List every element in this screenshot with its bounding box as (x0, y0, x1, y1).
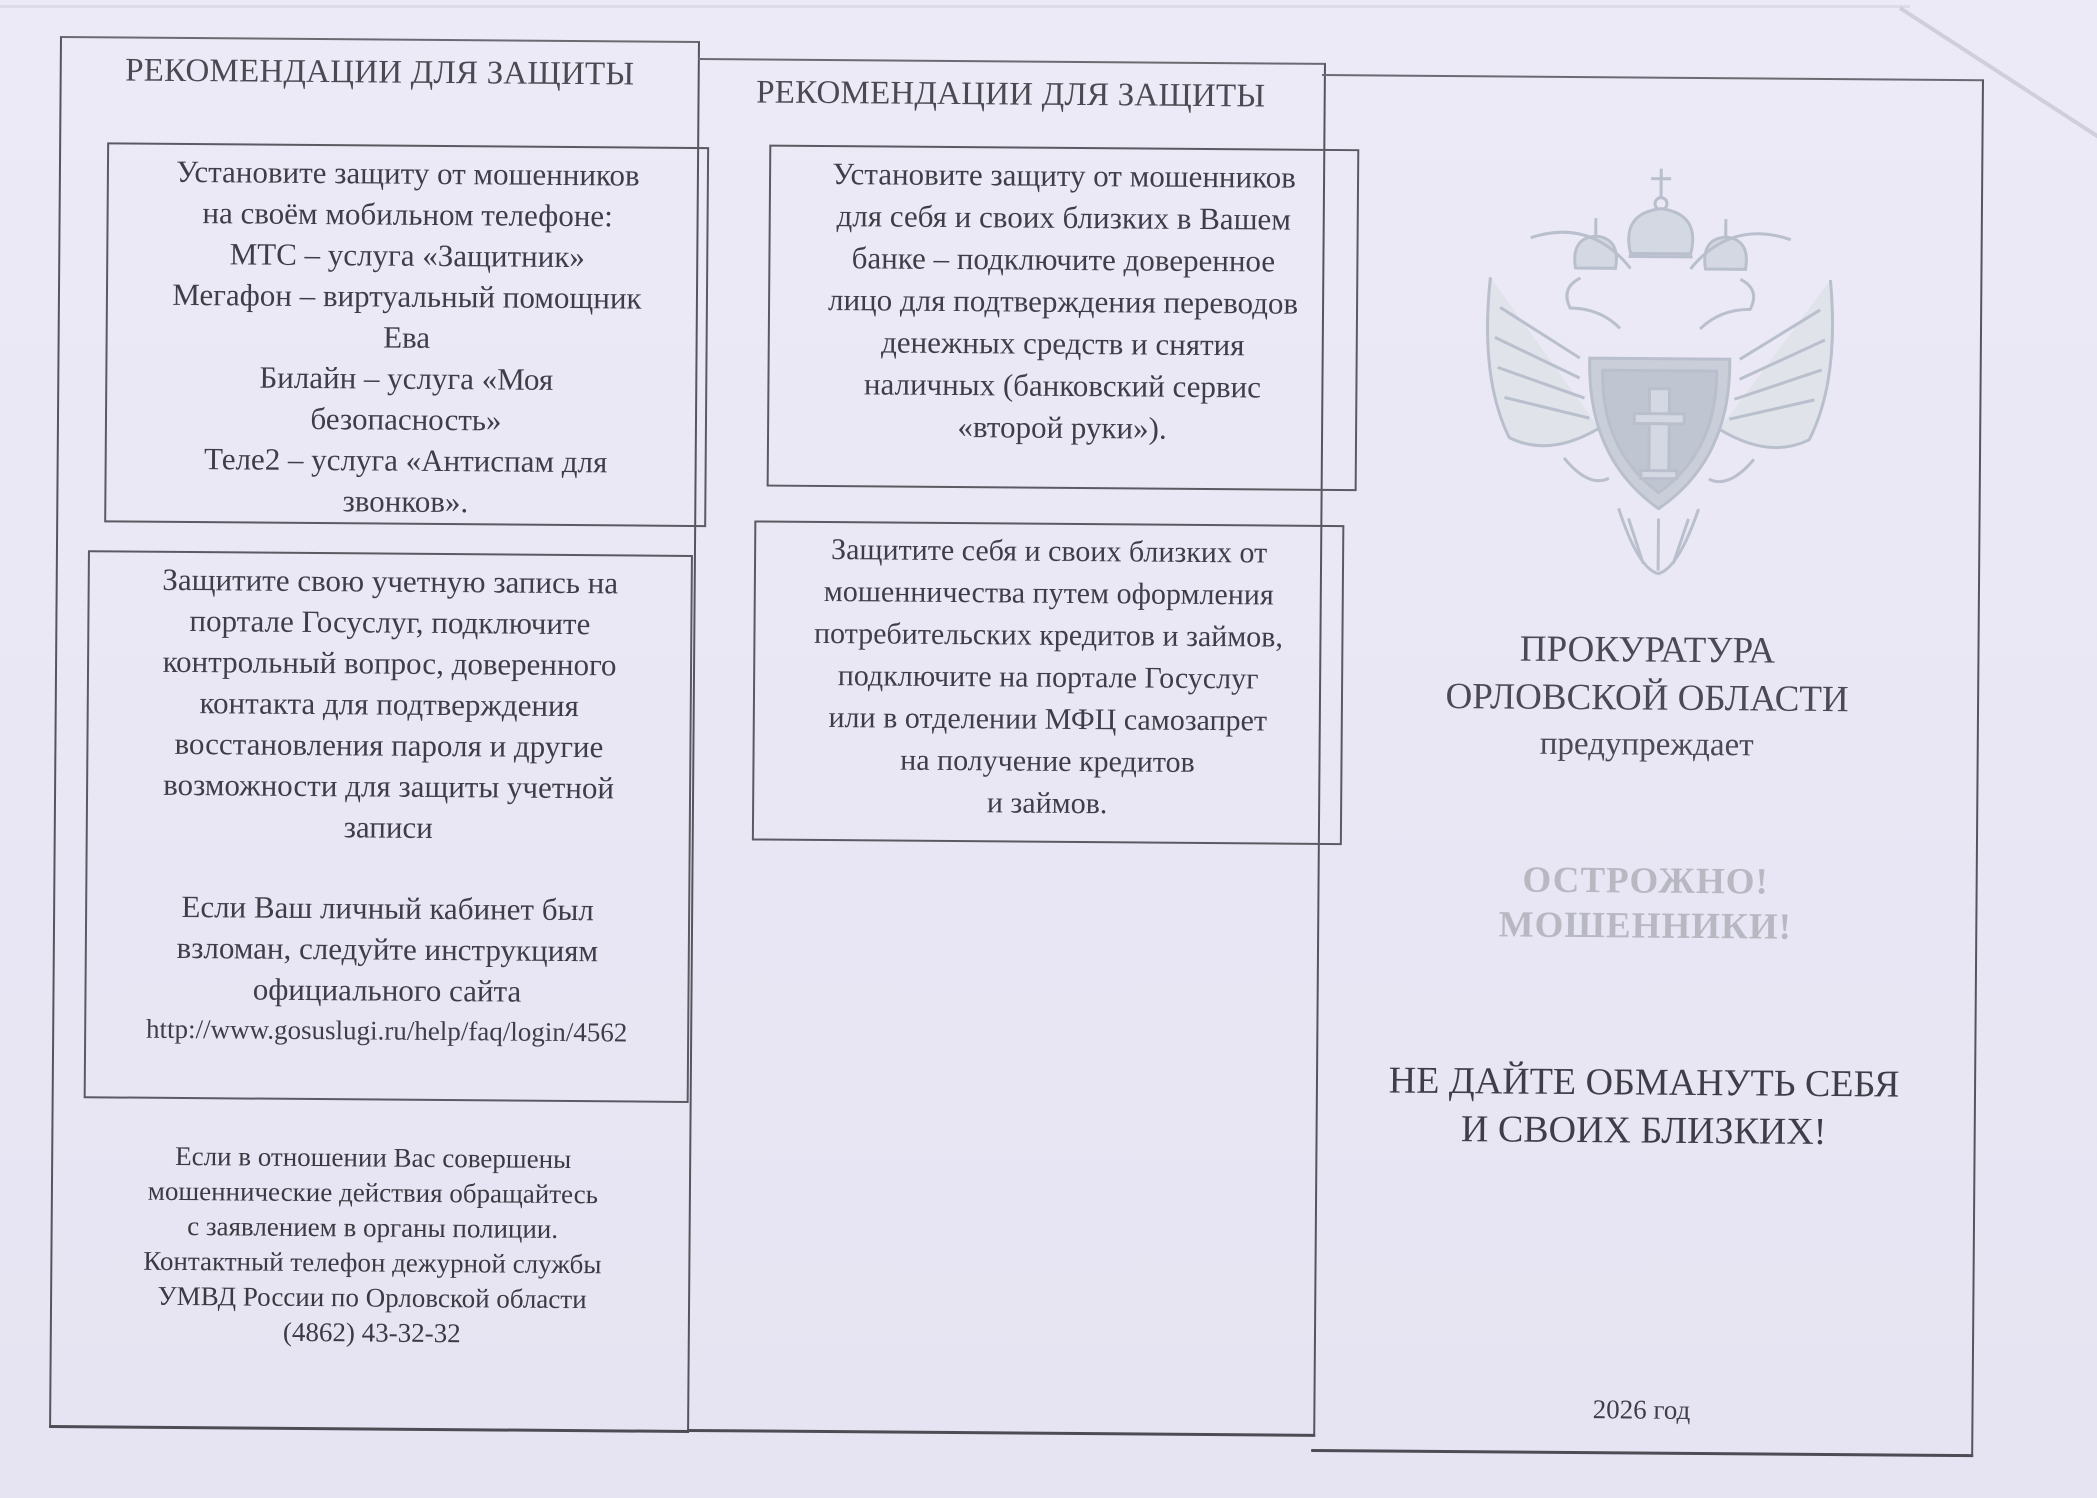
agency-subtitle: предупреждает (1317, 720, 1977, 769)
text-line: восстановления пароля и другие (94, 722, 683, 768)
police-phone-number: (4862) 43-32-32 (72, 1313, 672, 1353)
agency-name-line: ОРЛОВСКОЙ ОБЛАСТИ (1317, 672, 1977, 725)
text-line: «второй руки»). (775, 405, 1349, 452)
warning-line: МОШЕННИКИ! (1315, 901, 1975, 951)
text-line: и займов. (760, 781, 1334, 828)
text-line: подключите на портале Госуслуг (761, 655, 1335, 702)
leaflet: РЕКОМЕНДАЦИИ ДЛЯ ЗАЩИТЫ Установите защит… (0, 0, 2097, 1498)
panel-middle: РЕКОМЕНДАЦИИ ДЛЯ ЗАЩИТЫ Установите защит… (687, 58, 1326, 1437)
gosuslugi-protection-box: Защитите свою учетную запись на портале … (84, 550, 693, 1103)
slogan-line: И СВОИХ БЛИЗКИХ! (1314, 1104, 1974, 1157)
text-line: безопасность» (113, 396, 699, 442)
text-line: мошеннические действия обращайтесь (73, 1173, 673, 1213)
text-line: Билайн – услуга «Моя (113, 355, 699, 401)
text-line: лицо для подтверждения переводов (776, 279, 1350, 326)
text-line: наличных (банковский сервис (775, 363, 1349, 410)
text-line: УМВД России по Орловской области (72, 1278, 672, 1318)
agency-block: ПРОКУРАТУРА ОРЛОВСКОЙ ОБЛАСТИ предупрежд… (1317, 624, 1978, 769)
text-line: потребительских кредитов и займов, (761, 613, 1335, 660)
text-line: Если в отношении Вас совершены (73, 1138, 673, 1178)
text-line: банке – подключите доверенное (776, 237, 1350, 284)
credit-ban-box: Защитите себя и своих близких от мошенни… (752, 520, 1344, 845)
text-line: Контактный телефон дежурной службы (72, 1243, 672, 1283)
text-line: Защитите свою учетную запись на (96, 558, 685, 604)
text-line: для себя и своих близких в Вашем (777, 195, 1351, 242)
fraud-warning-title: ОСТРОЖНО! МОШЕННИКИ! (1315, 856, 1976, 951)
slogan-line: НЕ ДАЙТЕ ОБМАНУТЬ СЕБЯ (1314, 1056, 1974, 1109)
text-line: Установите защиту от мошенников (777, 153, 1351, 200)
publication-year: 2026 год (1311, 1392, 1971, 1428)
text-line: записи (94, 804, 683, 850)
panel-left: РЕКОМЕНДАЦИИ ДЛЯ ЗАЩИТЫ Установите защит… (49, 36, 700, 1433)
text-line: Теле2 – услуга «Антиспам для (113, 437, 699, 483)
police-contact-notice: Если в отношении Вас совершены мошенниче… (72, 1138, 674, 1353)
agency-name-line: ПРОКУРАТУРА (1317, 624, 1977, 677)
text-line: Установите защиту от мошенников (115, 150, 701, 196)
text-line: Защитите себя и своих близких от (762, 529, 1336, 576)
text-line: МТС – услуга «Защитник» (114, 232, 700, 278)
text-line: на своём мобильном телефоне: (114, 191, 700, 237)
eagle-emblem-icon (1468, 157, 1851, 580)
text-line: денежных средств и снятия (776, 321, 1350, 368)
bank-protection-box: Установите защиту от мошенников для себя… (767, 145, 1360, 492)
text-line: с заявлением в органы полиции. (73, 1208, 673, 1248)
text-line: контрольный вопрос, доверенного (95, 640, 684, 686)
gosuslugi-help-url: http://www.gosuslugi.ru/help/faq/login/4… (92, 1008, 681, 1054)
spacer (93, 845, 682, 890)
text-line: Ева (113, 314, 699, 360)
slogan: НЕ ДАЙТЕ ОБМАНУТЬ СЕБЯ И СВОИХ БЛИЗКИХ! (1314, 1056, 1975, 1157)
panel-middle-heading: РЕКОМЕНДАЦИИ ДЛЯ ЗАЩИТЫ (698, 74, 1324, 116)
warning-line: ОСТРОЖНО! (1316, 856, 1976, 906)
text-line: возможности для защиты учетной (94, 763, 683, 809)
text-line: мошенничества путем оформления (762, 571, 1336, 618)
text-line: портале Госуслуг, подключите (95, 599, 684, 645)
panel-left-heading: РЕКОМЕНДАЦИИ ДЛЯ ЗАЩИТЫ (62, 52, 698, 94)
text-line: на получение кредитов (760, 739, 1334, 786)
text-line: Мегафон – виртуальный помощник (114, 273, 700, 319)
text-line: Если Ваш личный кабинет был (93, 885, 682, 931)
text-line: контакта для подтверждения (95, 681, 684, 727)
text-line: или в отделении МФЦ самозапрет (761, 697, 1335, 744)
panel-cover: ПРОКУРАТУРА ОРЛОВСКОЙ ОБЛАСТИ предупрежд… (1311, 74, 1984, 1457)
mobile-protection-box: Установите защиту от мошенников на своём… (104, 142, 709, 527)
text-line: взломан, следуйте инструкциям (93, 926, 682, 972)
text-line: официального сайта (92, 967, 681, 1013)
text-line: звонков». (112, 478, 698, 524)
